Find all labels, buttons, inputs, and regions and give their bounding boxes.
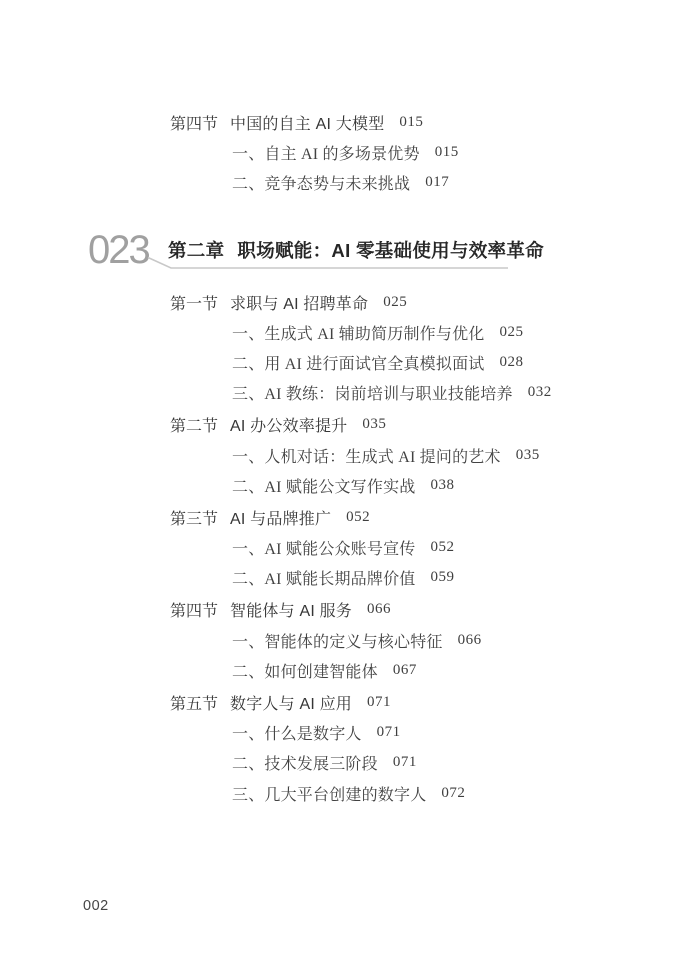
toc-entry: 二、用 AI 进行面试官全真模拟面试 028 [170,347,640,377]
toc-page-number: 015 [435,144,459,161]
toc-entry: 一、AI 赋能公众账号宣传 052 [170,533,640,563]
folio-page-number: 002 [83,898,109,914]
toc-entry: 一、生成式 AI 辅助简历制作与优化 025 [170,317,640,347]
toc-entry-text: 一、什么是数字人 [232,721,362,744]
toc-page-number: 017 [425,174,449,191]
chapter-title: 第二章职场赋能：AI 零基础使用与效率革命 [168,239,544,263]
toc-entry-text: 求职与 AI 招聘革命 [230,291,368,314]
toc-page-number: 015 [399,114,423,131]
chapter1-toc-tail: 第四节 中国的自主 AI 大模型 015 一、自主 AI 的多场景优势 015 … [170,107,640,198]
toc-page-number: 072 [441,785,465,802]
toc-entry: 二、竞争态势与未来挑战 017 [170,167,640,197]
chapter-start-page-number: 023 [88,230,149,270]
toc-entry: 二、如何创建智能体 067 [170,655,640,685]
toc-page-number: 066 [367,601,391,618]
book-toc-page: 第四节 中国的自主 AI 大模型 015 一、自主 AI 的多场景优势 015 … [0,0,700,979]
toc-page-number: 035 [516,447,540,464]
toc-page-number: 067 [393,662,417,679]
toc-entry-text: 二、AI 赋能长期品牌价值 [232,566,415,589]
toc-page-number: 066 [458,632,482,649]
toc-page-number: 071 [393,754,417,771]
toc-page-number: 052 [346,509,370,526]
toc-entry-text: 二、AI 赋能公文写作实战 [232,474,415,497]
toc-entry: 第四节 智能体与 AI 服务 066 [170,595,640,625]
toc-entry-text: 一、人机对话：生成式 AI 提问的艺术 [232,444,501,467]
chapter2-toc-list: 第一节 求职与 AI 招聘革命 025 一、生成式 AI 辅助简历制作与优化 0… [170,287,640,808]
toc-page-number: 032 [528,384,552,401]
toc-entry-text: 一、生成式 AI 辅助简历制作与优化 [232,321,484,344]
toc-entry-text: 数字人与 AI 应用 [230,691,352,714]
toc-section-label: 第三节 [170,506,230,529]
chapter-title-text: 职场赋能：AI 零基础使用与效率革命 [237,240,544,261]
toc-entry: 一、自主 AI 的多场景优势 015 [170,137,640,167]
toc-page-number: 052 [430,539,454,556]
toc-entry-text: 二、竞争态势与未来挑战 [232,171,410,194]
toc-entry-text: 一、自主 AI 的多场景优势 [232,141,420,164]
toc-page-number: 028 [499,354,523,371]
toc-entry: 第三节 AI 与品牌推广 052 [170,502,640,532]
toc-entry: 第五节 数字人与 AI 应用 071 [170,687,640,717]
toc-entry: 三、几大平台创建的数字人 072 [170,778,640,808]
toc-section-label: 第四节 [170,598,230,621]
toc-entry: 二、技术发展三阶段 071 [170,748,640,778]
toc-entry: 第二节 AI 办公效率提升 035 [170,410,640,440]
toc-page-number: 038 [430,477,454,494]
toc-entry-text: 三、几大平台创建的数字人 [232,782,426,805]
toc-entry: 一、什么是数字人 071 [170,718,640,748]
toc-page-number: 071 [367,694,391,711]
toc-page-number: 025 [383,294,407,311]
toc-entry: 一、智能体的定义与核心特征 066 [170,625,640,655]
toc-entry-text: 一、AI 赋能公众账号宣传 [232,536,415,559]
toc-entry-text: AI 办公效率提升 [230,413,347,436]
toc-section-label: 第一节 [170,291,230,314]
toc-entry-text: 二、如何创建智能体 [232,659,378,682]
toc-entry-text: AI 与品牌推广 [230,506,331,529]
toc-page-number: 071 [377,724,401,741]
toc-entry-text: 一、智能体的定义与核心特征 [232,629,443,652]
toc-page-number: 025 [499,324,523,341]
toc-entry-text: 中国的自主 AI 大模型 [230,111,384,134]
toc-entry: 三、AI 教练：岗前培训与职业技能培养 032 [170,378,640,408]
toc-entry-text: 二、用 AI 进行面试官全真模拟面试 [232,351,484,374]
toc-section-label: 第四节 [170,111,230,134]
toc-entry: 二、AI 赋能长期品牌价值 059 [170,563,640,593]
toc-entry-text: 智能体与 AI 服务 [230,598,352,621]
toc-section-label: 第二节 [170,413,230,436]
toc-page-number: 035 [362,416,386,433]
toc-entry: 一、人机对话：生成式 AI 提问的艺术 035 [170,440,640,470]
toc-entry: 第四节 中国的自主 AI 大模型 015 [170,107,640,137]
toc-entry: 二、AI 赋能公文写作实战 038 [170,470,640,500]
toc-section-label: 第五节 [170,691,230,714]
toc-entry: 第一节 求职与 AI 招聘革命 025 [170,287,640,317]
toc-page-number: 059 [430,569,454,586]
toc-entry-text: 三、AI 教练：岗前培训与职业技能培养 [232,381,513,404]
toc-entry-text: 二、技术发展三阶段 [232,751,378,774]
chapter-label: 第二章 [168,240,224,261]
